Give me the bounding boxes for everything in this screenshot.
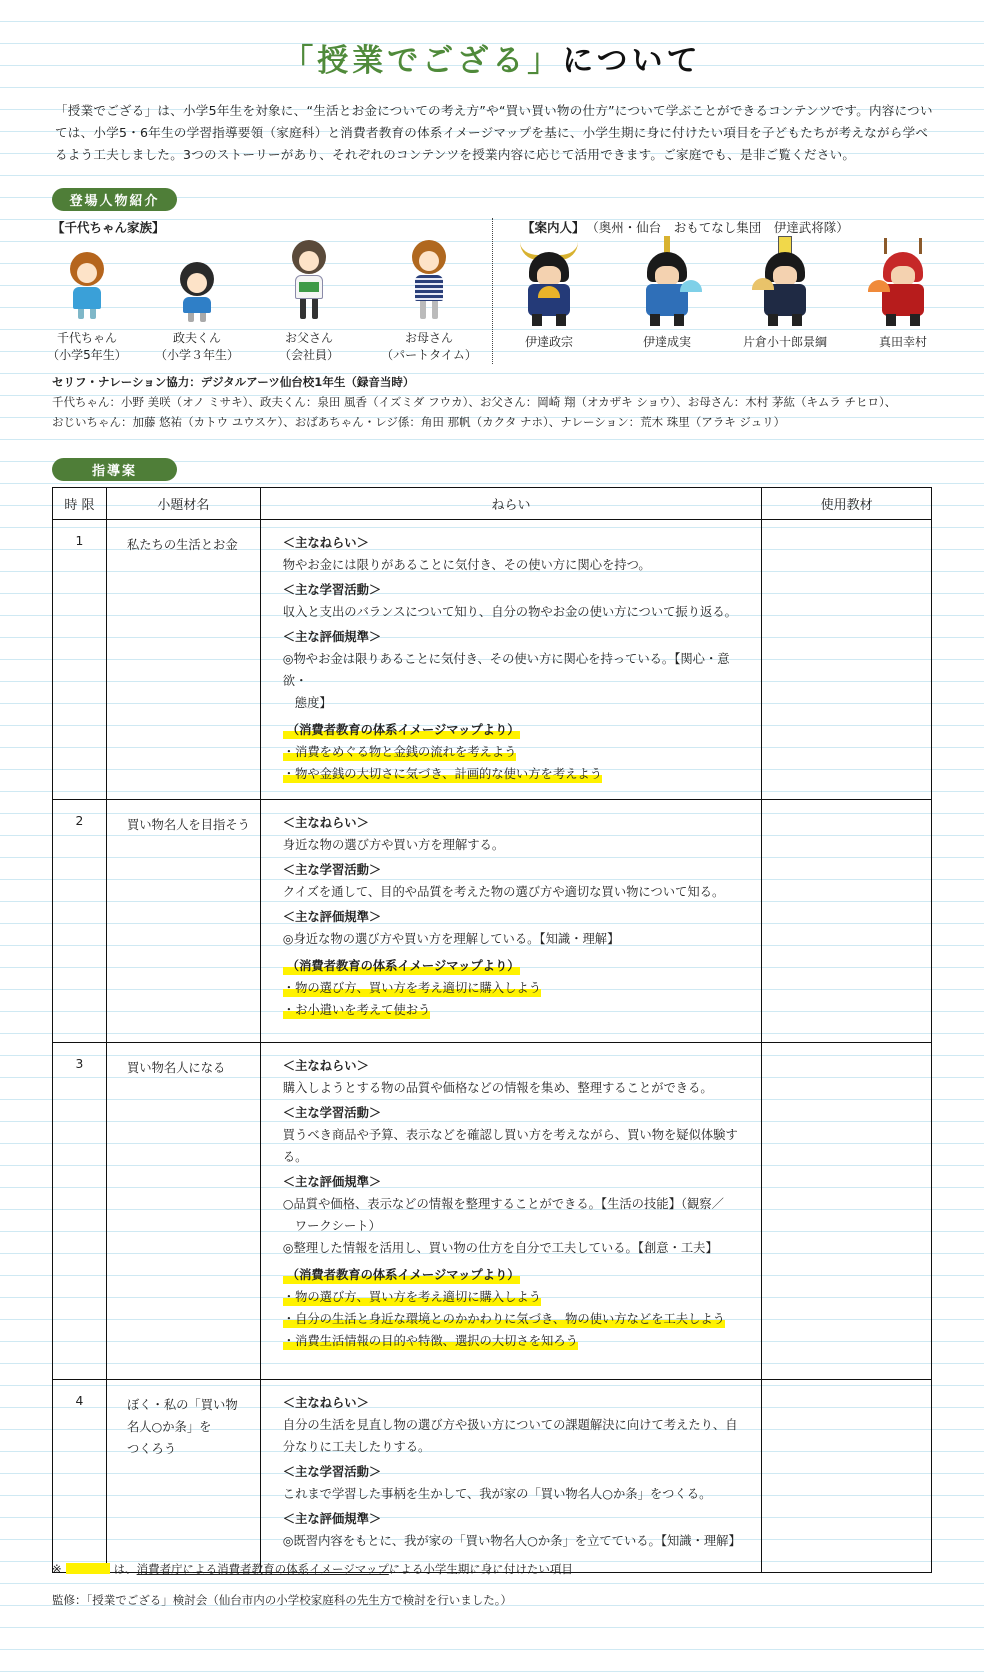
- aim-text: 自分の生活を見直し物の選び方や扱い方についての課題解決に向けて考えたり、自分なり…: [283, 1414, 749, 1458]
- topic-line: つくろう: [127, 1438, 260, 1460]
- highlight-swatch: [66, 1563, 110, 1574]
- topic-cell: ぼく・私の「買い物 名人○か条」を つくろう: [106, 1380, 260, 1573]
- note-suffix: による小学生期に身に付けたい項目: [389, 1562, 573, 1576]
- father-illustration-icon: [286, 240, 332, 324]
- aim-heading: ＜主なねらい＞: [283, 812, 749, 834]
- activity-heading: ＜主な学習活動＞: [283, 1461, 749, 1483]
- table-row: 4 ぼく・私の「買い物 名人○か条」を つくろう ＜主なねらい＞ 自分の生活を見…: [53, 1380, 932, 1573]
- topic-cell: 私たちの生活とお金: [106, 520, 260, 800]
- guide-sublabel: （奥州・仙台 おもてなし集団 伊達武将隊）: [593, 220, 849, 235]
- character-name: 片倉小十郎景綱: [730, 334, 840, 351]
- aim-text: 購入しようとする物の品質や価格などの情報を集め、整理することができる。: [283, 1077, 749, 1099]
- date-masamune-illustration-icon: [514, 236, 584, 328]
- table-header-row: 時 限 小題材名 ねらい 使用教材: [53, 488, 932, 520]
- table-row: 1 私たちの生活とお金 ＜主なねらい＞ 物やお金には限りがあることに気付き、その…: [53, 520, 932, 800]
- topic-line: 名人○か条」を: [127, 1416, 260, 1438]
- character-date-masamune: 伊達政宗: [494, 236, 604, 351]
- topic-cell: 買い物名人になる: [106, 1043, 260, 1380]
- activity-text: 買うべき商品や予算、表示などを確認し買い方を考えながら、買い物を疑似体験する。: [283, 1124, 749, 1168]
- intro-paragraph: 「授業でござる」は、小学5年生を対象に、“生活とお金についての考え方”や“買い買…: [55, 100, 935, 166]
- highlight-legend-note: ※は、消費者庁による消費者教育の体系イメージマップによる小学生期に身に付けたい項…: [52, 1561, 573, 1577]
- criteria-heading: ＜主な評価規準＞: [283, 906, 749, 928]
- aim-cell: ＜主なねらい＞ 自分の生活を見直し物の選び方や扱い方についての課題解決に向けて考…: [260, 1380, 761, 1573]
- character-role: （会社員）: [254, 347, 364, 364]
- family-group-label: 【千代ちゃん家族】: [52, 218, 165, 236]
- map-item-highlight: ・消費をめぐる物と金銭の流れを考えよう: [283, 741, 517, 763]
- title-black-part: について: [562, 43, 701, 79]
- consumer-education-map-link[interactable]: 消費者庁による消費者教育の体系イメージマップ: [137, 1562, 389, 1576]
- supervision-note: 監修：「授業でござる」検討会（仙台市内の小学校家庭科の先生方で検討を行いました。…: [52, 1592, 512, 1608]
- material-cell: [762, 1380, 932, 1573]
- character-name: 真田幸村: [848, 334, 958, 351]
- character-mother: お母さん （パートタイム）: [374, 240, 484, 364]
- aim-cell: ＜主なねらい＞ 物やお金には限りがあることに気付き、その使い方に関心を持つ。 ＜…: [260, 520, 761, 800]
- topic-cell: 買い物名人を目指そう: [106, 800, 260, 1043]
- katakura-kojuro-illustration-icon: [750, 236, 820, 328]
- table-row: 2 買い物名人を目指そう ＜主なねらい＞ 身近な物の選び方や買い方を理解する。 …: [53, 800, 932, 1043]
- activity-text: これまで学習した事柄を生かして、我が家の「買い物名人○か条」をつくる。: [283, 1483, 749, 1505]
- material-cell: [762, 520, 932, 800]
- period-cell: 3: [53, 1043, 107, 1380]
- map-heading-highlight: （消費者教育の体系イメージマップより）: [283, 719, 520, 741]
- criteria-heading: ＜主な評価規準＞: [283, 1508, 749, 1530]
- table-row: 3 買い物名人になる ＜主なねらい＞ 購入しようとする物の品質や価格などの情報を…: [53, 1043, 932, 1380]
- material-cell: [762, 800, 932, 1043]
- criteria-heading: ＜主な評価規準＞: [283, 626, 749, 648]
- voice-credits: セリフ・ナレーション協力：デジタルアーツ仙台校1年生（録音当時） 千代ちゃん：小…: [52, 372, 932, 432]
- activity-text: 収入と支出のバランスについて知り、自分の物やお金の使い方について振り返る。: [283, 601, 749, 623]
- activity-heading: ＜主な学習活動＞: [283, 1102, 749, 1124]
- map-heading-highlight: （消費者教育の体系イメージマップより）: [283, 1264, 520, 1286]
- character-father: お父さん （会社員）: [254, 240, 364, 364]
- aim-text: 物やお金には限りがあることに気付き、その使い方に関心を持つ。: [283, 554, 749, 576]
- note-after-swatch: は、: [114, 1562, 137, 1576]
- masao-illustration-icon: [174, 252, 220, 324]
- criteria-text: ◎既習内容をもとに、我が家の「買い物名人○か条」を立てている。【知識・理解】: [283, 1530, 749, 1552]
- criteria-text: ◎物やお金は限りあることに気付き、その使い方に関心を持っている。【関心・意欲・: [283, 648, 749, 692]
- map-item-highlight: ・物の選び方、買い方を考え適切に購入しよう: [283, 977, 541, 999]
- period-cell: 4: [53, 1380, 107, 1573]
- guide-group-label: 【案内人】（奥州・仙台 おもてなし集団 伊達武将隊）: [522, 218, 849, 236]
- criteria-text-cont: ワークシート）: [283, 1215, 749, 1237]
- map-item-highlight: ・自分の生活と身近な環境とのかかわりに気づき、物の使い方などを工夫しよう: [283, 1308, 725, 1330]
- character-role: （小学5年生）: [32, 347, 142, 364]
- lesson-plan-table: 時 限 小題材名 ねらい 使用教材 1 私たちの生活とお金 ＜主なねらい＞ 物や…: [52, 487, 932, 1573]
- guide-label-text: 【案内人】: [522, 220, 585, 235]
- criteria-text: ◎整理した情報を活用し、買い物の仕方を自分で工夫している。【創意・工夫】: [283, 1237, 749, 1259]
- chiyo-illustration-icon: [64, 252, 110, 324]
- character-name: 千代ちゃん: [32, 330, 142, 347]
- criteria-heading: ＜主な評価規準＞: [283, 1171, 749, 1193]
- header-material: 使用教材: [762, 488, 932, 520]
- character-role: （パートタイム）: [374, 347, 484, 364]
- activity-heading: ＜主な学習活動＞: [283, 579, 749, 601]
- credits-line-1: 千代ちゃん：小野 美咲（オノ ミサキ）、政夫くん：泉田 風香（イズミダ フウカ）…: [52, 392, 932, 412]
- character-role: （小学３年生）: [142, 347, 252, 364]
- page-title: 「授業でござる」について: [0, 35, 984, 80]
- map-item-highlight: ・お小遣いを考えて使おう: [283, 999, 431, 1021]
- aim-heading: ＜主なねらい＞: [283, 1055, 749, 1077]
- map-heading-highlight: （消費者教育の体系イメージマップより）: [283, 955, 520, 977]
- character-sanada-yukimura: 真田幸村: [848, 236, 958, 351]
- credits-heading: セリフ・ナレーション協力：デジタルアーツ仙台校1年生（録音当時）: [52, 372, 932, 392]
- criteria-text: ○品質や価格、表示などの情報を整理することができる。【生活の技能】（観察／: [283, 1193, 749, 1215]
- aim-heading: ＜主なねらい＞: [283, 1392, 749, 1414]
- character-name: お父さん: [254, 330, 364, 347]
- character-date-shigezane: 伊達成実: [612, 236, 722, 351]
- activity-heading: ＜主な学習活動＞: [283, 859, 749, 881]
- header-topic: 小題材名: [106, 488, 260, 520]
- lesson-plan-pill: 指導案: [52, 458, 177, 481]
- character-katakura-kojuro: 片倉小十郎景綱: [730, 236, 840, 351]
- character-name: 政夫くん: [142, 330, 252, 347]
- map-item-highlight: ・消費生活情報の目的や特徴、選択の大切さを知ろう: [283, 1330, 578, 1352]
- period-cell: 2: [53, 800, 107, 1043]
- criteria-text: ◎身近な物の選び方や買い方を理解している。【知識・理解】: [283, 928, 749, 950]
- criteria-text-cont: 態度】: [283, 692, 749, 714]
- title-green-part: 「授業でござる」: [282, 43, 562, 79]
- aim-cell: ＜主なねらい＞ 身近な物の選び方や買い方を理解する。 ＜主な学習活動＞ クイズを…: [260, 800, 761, 1043]
- date-shigezane-illustration-icon: [632, 236, 702, 328]
- material-cell: [762, 1043, 932, 1380]
- activity-text: クイズを通して、目的や品質を考えた物の選び方や適切な買い物について知る。: [283, 881, 749, 903]
- character-name: 伊達政宗: [494, 334, 604, 351]
- map-item-highlight: ・物の選び方、買い方を考え適切に購入しよう: [283, 1286, 541, 1308]
- map-item-highlight: ・物や金銭の大切さに気づき、計画的な使い方を考えよう: [283, 763, 602, 785]
- mother-illustration-icon: [406, 240, 452, 324]
- header-aim: ねらい: [260, 488, 761, 520]
- note-prefix: ※: [52, 1562, 62, 1576]
- character-name: 伊達成実: [612, 334, 722, 351]
- character-name: お母さん: [374, 330, 484, 347]
- aim-heading: ＜主なねらい＞: [283, 532, 749, 554]
- topic-line: ぼく・私の「買い物: [127, 1394, 260, 1416]
- period-cell: 1: [53, 520, 107, 800]
- aim-cell: ＜主なねらい＞ 購入しようとする物の品質や価格などの情報を集め、整理することがで…: [260, 1043, 761, 1380]
- character-masao: 政夫くん （小学３年生）: [142, 252, 252, 364]
- character-divider: [492, 218, 493, 364]
- credits-line-2: おじいちゃん：加藤 悠祐（カトウ ユウスケ）、おばあちゃん・レジ係：角田 那帆（…: [52, 412, 932, 432]
- header-period: 時 限: [53, 488, 107, 520]
- sanada-yukimura-illustration-icon: [868, 236, 938, 328]
- page: 「授業でござる」について 「授業でござる」は、小学5年生を対象に、“生活とお金に…: [0, 0, 984, 1674]
- characters-section-pill: 登場人物紹介: [52, 188, 177, 211]
- aim-text: 身近な物の選び方や買い方を理解する。: [283, 834, 749, 856]
- character-chiyo: 千代ちゃん （小学5年生）: [32, 252, 142, 364]
